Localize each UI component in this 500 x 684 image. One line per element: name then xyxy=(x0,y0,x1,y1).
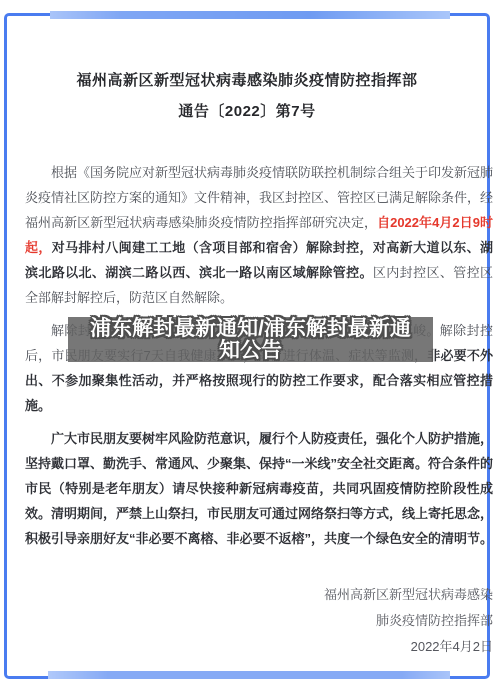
watermark-overlay: 浦东解封最新通知/浦东解封最新通知公告 xyxy=(68,317,433,362)
signature-line: 2022年4月2日 xyxy=(25,634,493,660)
notice-title-issuer: 福州高新区新型冠状病毒感染肺炎疫情防控指挥部 xyxy=(7,69,487,90)
top-blue-band xyxy=(50,11,450,19)
signature-line: 肺炎疫情防控指挥部 xyxy=(25,608,493,634)
paragraph-segment: 广大市民朋友要树牢风险防范意识，履行个人防疫责任，强化个人防护措施，坚持戴口罩、… xyxy=(25,431,493,546)
signature-block: 福州高新区新型冠状病毒感染肺炎疫情防控指挥部2022年4月2日 xyxy=(25,582,493,660)
notice-page: 福州高新区新型冠状病毒感染肺炎疫情防控指挥部 通告〔2022〕第7号 根据《国务… xyxy=(0,0,500,684)
bottom-blue-band xyxy=(48,671,450,679)
signature-line: 福州高新区新型冠状病毒感染 xyxy=(25,582,493,608)
watermark-text: 浦东解封最新通知/浦东解封最新通知公告 xyxy=(80,318,421,362)
notice-title-number: 通告〔2022〕第7号 xyxy=(7,100,487,121)
notice-paragraph: 根据《国务院应对新型冠状病毒肺炎疫情联防联控机制综合组关于印发新冠肺炎疫情社区防… xyxy=(25,160,493,310)
notice-paragraph: 广大市民朋友要树牢风险防范意识，履行个人防疫责任，强化个人防护措施，坚持戴口罩、… xyxy=(25,426,493,551)
